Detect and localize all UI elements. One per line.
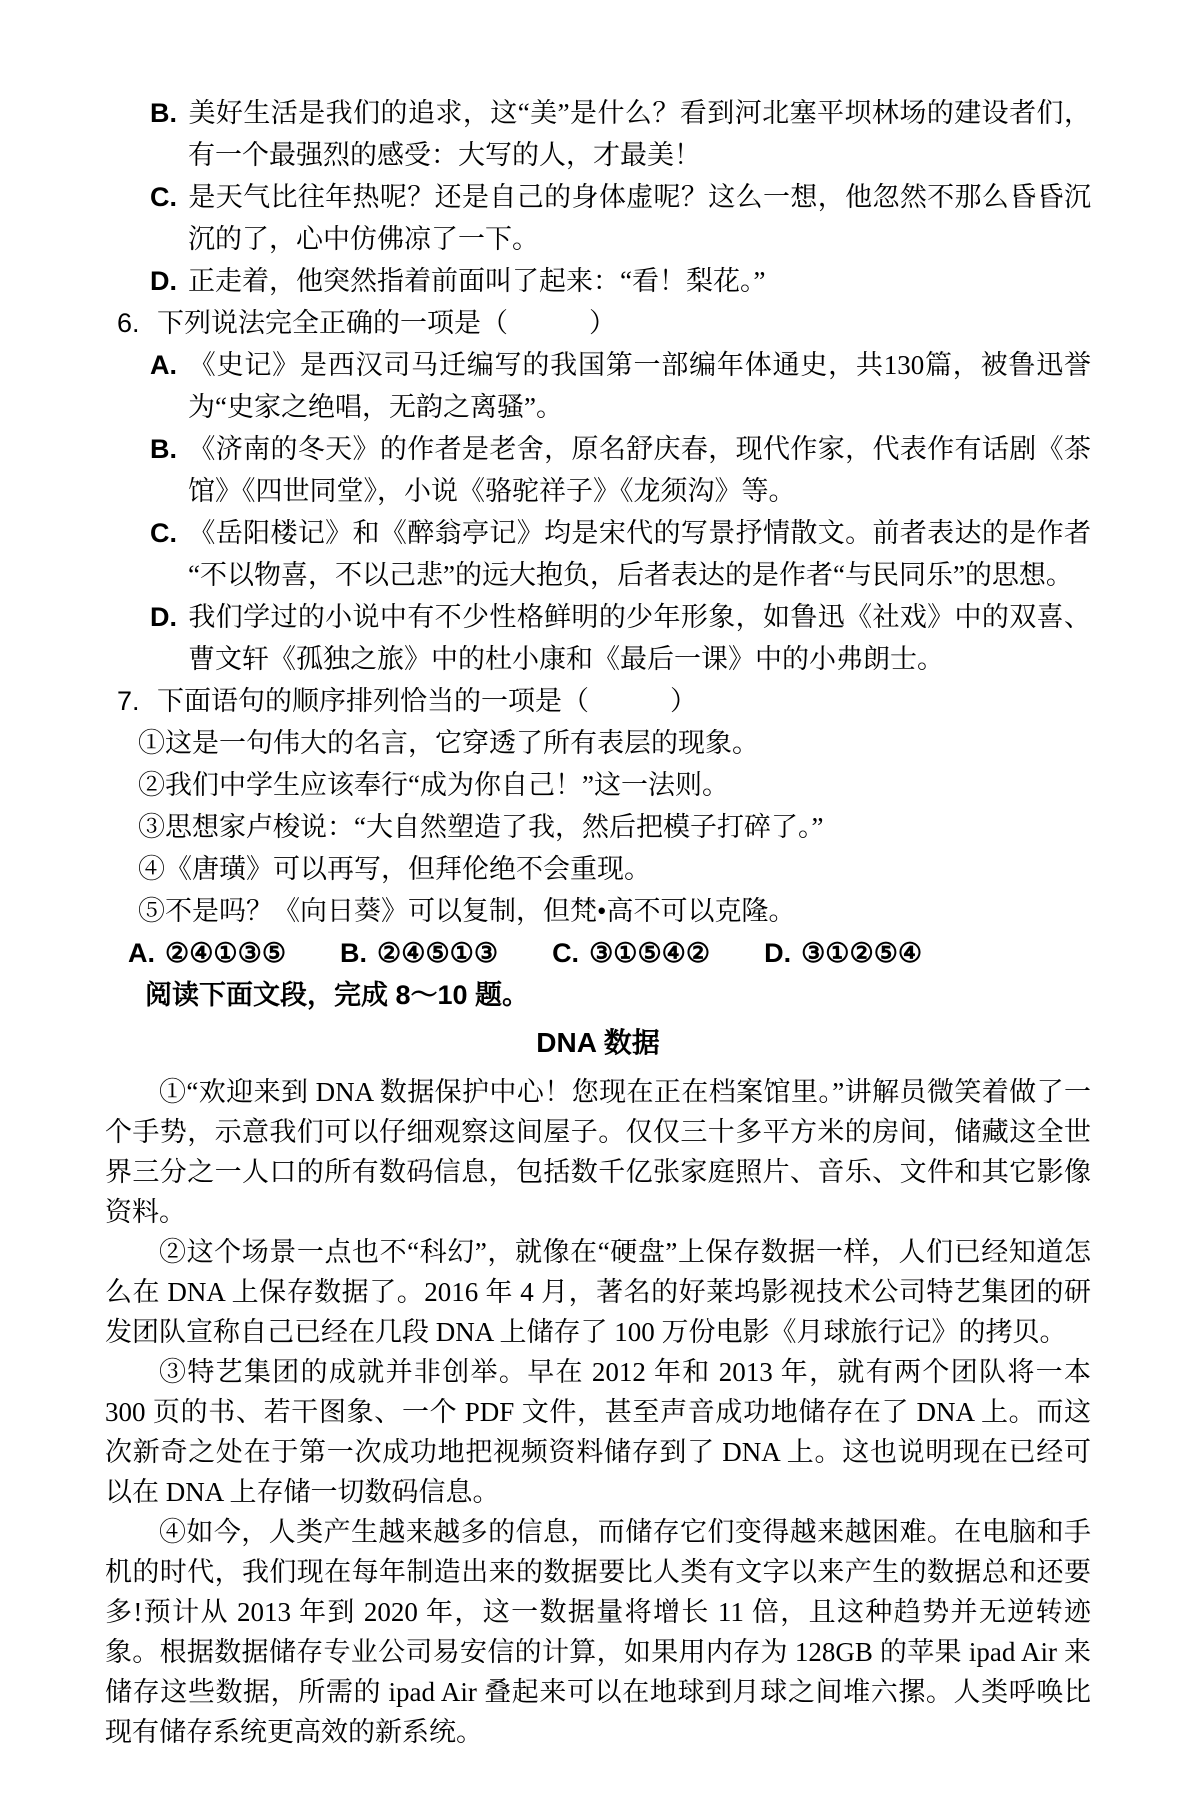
question7: 7.下面语句的顺序排列恰当的一项是（ ） ①这是一句伟大的名言，它穿透了所有表层…: [105, 680, 1091, 974]
q6-option-c: C.《岳阳楼记》和《醉翁亭记》均是宋代的写景抒情散文。前者表达的是作者“不以物喜…: [150, 512, 1091, 596]
option-value: ③①⑤④②: [589, 938, 710, 968]
option-label: C.: [552, 938, 579, 968]
option-text: 美好生活是我们的追求，这“美”是什么？看到河北塞平坝林场的建设者们，有一个最强烈…: [188, 98, 1091, 170]
q7-sentence-4: ④《唐璜》可以再写，但拜伦绝不会重现。: [138, 848, 1091, 890]
option-label: A.: [150, 344, 188, 386]
q7-option-c: C.③①⑤④②: [552, 932, 710, 974]
exam-page: B.美好生活是我们的追求，这“美”是什么？看到河北塞平坝林场的建设者们，有一个最…: [0, 0, 1191, 1812]
q5-option-b: B.美好生活是我们的追求，这“美”是什么？看到河北塞平坝林场的建设者们，有一个最…: [150, 92, 1091, 176]
option-label: D.: [150, 260, 188, 302]
passage-paragraph-1: ①“欢迎来到 DNA 数据保护中心！您现在正在档案馆里。”讲解员微笑着做了一个手…: [105, 1072, 1091, 1232]
passage-paragraph-2: ②这个场景一点也不“科幻”，就像在“硬盘”上保存数据一样，人们已经知道怎么在 D…: [105, 1232, 1091, 1352]
q5-option-d: D.正走着，他突然指着前面叫了起来：“看！梨花。”: [150, 260, 1091, 302]
option-text: 《岳阳楼记》和《醉翁亭记》均是宋代的写景抒情散文。前者表达的是作者“不以物喜，不…: [188, 518, 1091, 590]
question6: 6.下列说法完全正确的一项是（ ） A.《史记》是西汉司马迁编写的我国第一部编年…: [105, 302, 1091, 680]
option-value: ②④⑤①③: [377, 938, 498, 968]
option-label: D.: [764, 938, 791, 968]
q6-option-b: B.《济南的冬天》的作者是老舍，原名舒庆春，现代作家，代表作有话剧《茶馆》《四世…: [150, 428, 1091, 512]
option-text: 正走着，他突然指着前面叫了起来：“看！梨花。”: [188, 266, 765, 296]
question5-options: B.美好生活是我们的追求，这“美”是什么？看到河北塞平坝林场的建设者们，有一个最…: [105, 92, 1091, 302]
passage-title: DNA 数据: [105, 1020, 1091, 1066]
q7-sentence-1: ①这是一句伟大的名言，它穿透了所有表层的现象。: [138, 722, 1091, 764]
question7-stem: 7.下面语句的顺序排列恰当的一项是（ ）: [117, 680, 1091, 722]
q7-sentence-3: ③思想家卢梭说：“大自然塑造了我，然后把模子打碎了。”: [138, 806, 1091, 848]
q6-option-a: A.《史记》是西汉司马迁编写的我国第一部编年体通史，共130篇，被鲁迅誉为“史家…: [150, 344, 1091, 428]
option-text: 我们学过的小说中有不少性格鲜明的少年形象，如鲁迅《社戏》中的双喜、曹文轩《孤独之…: [188, 602, 1091, 674]
option-text: 是天气比往年热呢？还是自己的身体虚呢？这么一想，他忽然不那么昏昏沉沉的了，心中仿…: [188, 182, 1091, 254]
q7-option-b: B.②④⑤①③: [340, 932, 498, 974]
option-text: 《史记》是西汉司马迁编写的我国第一部编年体通史，共130篇，被鲁迅誉为“史家之绝…: [188, 350, 1091, 422]
q7-sentence-2: ②我们中学生应该奉行“成为你自己！”这一法则。: [138, 764, 1091, 806]
q6-option-d: D.我们学过的小说中有不少性格鲜明的少年形象，如鲁迅《社戏》中的双喜、曹文轩《孤…: [150, 596, 1091, 680]
question6-stem: 6.下列说法完全正确的一项是（ ）: [117, 302, 1091, 344]
option-label: B.: [150, 92, 188, 134]
q7-sentence-5: ⑤不是吗？《向日葵》可以复制，但梵•高不可以克隆。: [138, 890, 1091, 932]
reading-instruction: 阅读下面文段，完成 8～10 题。: [145, 974, 1091, 1016]
q7-option-d: D.③①②⑤④: [764, 932, 922, 974]
option-label: C.: [150, 512, 188, 554]
option-label: A.: [128, 938, 155, 968]
reading-section: 阅读下面文段，完成 8～10 题。 DNA 数据 ①“欢迎来到 DNA 数据保护…: [105, 974, 1091, 1752]
question-number: 6.: [117, 302, 157, 344]
q5-option-c: C.是天气比往年热呢？还是自己的身体虚呢？这么一想，他忽然不那么昏昏沉沉的了，心…: [150, 176, 1091, 260]
option-label: C.: [150, 176, 188, 218]
option-value: ③①②⑤④: [801, 938, 922, 968]
q7-options-row: A.②④①③⑤ B.②④⑤①③ C.③①⑤④② D.③①②⑤④: [128, 932, 1091, 974]
option-text: 《济南的冬天》的作者是老舍，原名舒庆春，现代作家，代表作有话剧《茶馆》《四世同堂…: [188, 434, 1091, 506]
option-label: B.: [340, 938, 367, 968]
passage-paragraph-3: ③特艺集团的成就并非创举。早在 2012 年和 2013 年，就有两个团队将一本…: [105, 1352, 1091, 1512]
question-stem-text: 下列说法完全正确的一项是（ ）: [157, 308, 616, 338]
question-stem-text: 下面语句的顺序排列恰当的一项是（ ）: [157, 686, 697, 716]
option-value: ②④①③⑤: [165, 938, 286, 968]
q7-option-a: A.②④①③⑤: [128, 932, 286, 974]
question-number: 7.: [117, 680, 157, 722]
option-label: D.: [150, 596, 188, 638]
option-label: B.: [150, 428, 188, 470]
passage-paragraph-4: ④如今，人类产生越来越多的信息，而储存它们变得越来越困难。在电脑和手机的时代，我…: [105, 1512, 1091, 1752]
